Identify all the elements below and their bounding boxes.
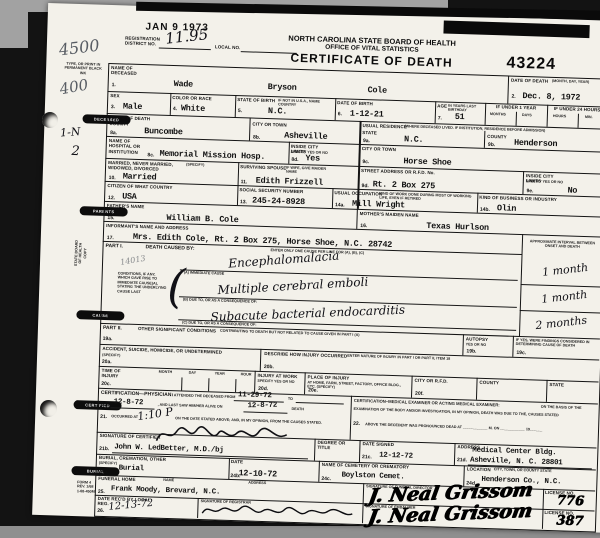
date-signed-label: DATE SIGNED: [362, 441, 394, 447]
funeral-home-sub2: ADDRESS: [248, 481, 266, 486]
sex-num: 3.: [111, 104, 115, 110]
dob-label: DATE OF BIRTH: [337, 100, 373, 107]
injury-place-num: 20e.: [308, 387, 318, 393]
pod-city-value: Asheville: [284, 131, 328, 142]
date-signed-num: 21c.: [362, 454, 372, 460]
certifier-num: 21b.: [99, 446, 109, 452]
pod-county-num: 8a.: [110, 130, 117, 136]
registration-district-label: REGISTRATION DISTRICT NO.: [125, 35, 167, 47]
race-num: 4.: [173, 106, 177, 112]
cert-occurred: OCCURRED AT: [111, 414, 138, 419]
dod-label: DATE OF DEATH: [511, 78, 548, 85]
local-no-label: LOCAL NO.: [215, 44, 241, 50]
res-state-label: STATE: [362, 130, 377, 136]
hole-punch-top: [42, 112, 58, 128]
address-num: 21d.: [457, 457, 467, 463]
side-copy-label: STATE BOARD OF HEALTH COPY: [73, 222, 97, 285]
burial-type-num: 24a.: [98, 469, 108, 475]
occupation-num: 14a.: [335, 202, 345, 208]
birth-state-value: N.C.: [268, 106, 288, 117]
spouse-num: 11.: [241, 179, 248, 185]
dob-value: 1-12-21: [350, 109, 384, 120]
dob-num: 6.: [338, 111, 342, 117]
injury-county-label: COUNTY: [479, 380, 499, 386]
marital-num: 10.: [109, 175, 116, 181]
cert-to-word: TO: [288, 397, 293, 402]
location-label: LOCATION: [467, 466, 491, 472]
redaction-bar: [443, 20, 589, 38]
hole-punch-bottom: [40, 400, 57, 417]
margin-note-2: 2: [71, 144, 80, 159]
penciled-number: 4500: [58, 36, 101, 60]
res-city-label: CITY OR TOWN: [362, 146, 396, 152]
pod-icl-num: 8d.: [291, 157, 298, 163]
mother-value: Texas Hurlson: [426, 221, 489, 233]
death-certificate-document: 4500 TYPE, OR PRINT IN PERMANENT BLACK I…: [32, 3, 600, 533]
burial-date-value: 12-10-72: [238, 468, 277, 479]
autopsy-sub: YES OR NO: [466, 342, 487, 347]
res-county-value: Henderson: [514, 138, 558, 149]
ink-instruction: TYPE, OR PRINT IN PERMANENT BLACK INK: [61, 61, 105, 76]
injury-time-label: TIME OF INJURY: [101, 368, 131, 380]
burial-type-value: Burial: [118, 464, 143, 473]
under24h-col1: HOURS: [553, 114, 566, 119]
cert-attended-from: 11-29-72: [238, 391, 272, 400]
describe-num: 20b.: [264, 364, 274, 370]
street-num: 9d.: [361, 183, 368, 189]
part2-num: 19a.: [103, 336, 113, 342]
name-first: Wade: [174, 79, 194, 90]
part1-conditions-note: CONDITIONS, IF ANY, WHICH GAVE RISE TO I…: [117, 271, 168, 295]
res-county-num: 9b.: [488, 142, 495, 148]
cert-death-word: DEATH: [291, 407, 304, 412]
autopsy-num: 19b.: [466, 348, 476, 354]
mother-num: 16.: [360, 223, 367, 229]
marital-value: Married: [123, 171, 157, 182]
under24h-col2: MIN.: [585, 115, 593, 120]
hospital-label: NAME OF HOSPITAL OR INSTITUTION: [108, 138, 146, 155]
cert-21a-num: 21a.: [100, 402, 110, 408]
funeral-home-sub1: NAME: [163, 478, 174, 483]
scan-gray-corner: [0, 0, 28, 48]
part1-label: PART I.: [105, 243, 123, 250]
injury-col-day: DAY: [189, 371, 197, 376]
birth-state-num: 5.: [238, 108, 242, 114]
cert-me-22: 22.: [353, 421, 360, 427]
marital-sub: (SPECIFY): [186, 162, 204, 167]
manner-num: 20a.: [102, 359, 112, 365]
cert-to-date: 12-8-72: [114, 398, 144, 407]
side-copy-line3: COPY: [82, 222, 88, 284]
under1yr-col2: DAYS: [522, 113, 532, 118]
dod-num: 2.: [511, 94, 515, 100]
spouse-value: Edith Frizzell: [256, 176, 323, 188]
industry-num: 14b.: [480, 207, 490, 213]
injury-city-label: CITY OR R.F.D.: [414, 378, 447, 384]
under1yr-col1: MONTHS: [490, 112, 506, 117]
pod-icl-value: Yes: [305, 153, 320, 163]
hospital-num: 8c.: [147, 152, 154, 158]
age-sub: IN YEARS LAST BIRTHDAY: [448, 104, 482, 114]
cert-last-date: 12-8-72: [248, 402, 278, 411]
part1-bracket: (: [167, 259, 187, 314]
injury-city-num: 20f.: [415, 391, 424, 397]
industry-value: Olin: [497, 203, 517, 214]
pod-county-label: COUNTY: [109, 121, 129, 127]
name-last: Cole: [367, 85, 387, 96]
res-icl-value: No: [567, 185, 577, 195]
birth-state-label: STATE OF BIRTH: [237, 97, 275, 104]
ssn-num: 13.: [240, 199, 247, 205]
age-label: AGE: [437, 103, 447, 109]
father-label: FATHER'S NAME: [107, 203, 145, 210]
injury-state-label: STATE: [549, 382, 564, 388]
license1-value: 776: [557, 493, 585, 509]
age-num: 7.: [438, 115, 442, 121]
ssn-value: 245-24-8928: [252, 196, 305, 208]
cemetery-num: 24c.: [321, 476, 331, 482]
funeral-home-label: FUNERAL HOME: [98, 476, 136, 483]
res-state-num: 9a.: [363, 138, 370, 144]
sex-label: SEX: [110, 93, 119, 99]
citizen-value: USA: [122, 191, 137, 201]
cert-21-num: 21.: [100, 414, 107, 420]
name-label: NAME OF DECEASED: [111, 65, 145, 77]
age-value: 51: [455, 112, 465, 122]
dod-value: Dec. 8, 1972: [522, 91, 580, 103]
spouse-sub: IF WIFE, GIVE MAIDEN NAME: [286, 166, 334, 176]
sex-value: Male: [123, 101, 143, 112]
pod-county-value: Buncombe: [144, 126, 183, 137]
burial-date-label: DATE: [231, 459, 243, 465]
citizen-num: 12.: [108, 195, 115, 201]
penciled-number-2: 400: [58, 76, 89, 99]
occupation-value: Mill Wright: [352, 199, 405, 211]
race-value: White: [181, 103, 205, 114]
res-icl-num: 9e.: [526, 188, 533, 194]
registration-district-value: 11.95: [164, 25, 209, 48]
name-middle: Bryson: [267, 82, 296, 93]
license2-value: 387: [556, 513, 584, 529]
informant-num: 17.: [107, 235, 114, 241]
degree-label: DEGREE OR TITLE: [317, 440, 353, 452]
father-num: 15.: [107, 215, 114, 221]
injury-col-month: MONTH: [159, 370, 173, 375]
burial-type-sub: (SPECIFY): [99, 461, 117, 466]
recd-num: 26.: [97, 508, 104, 514]
pod-city-num: 8b.: [253, 135, 260, 141]
res-city-value: Horse Shoe: [403, 156, 451, 168]
part1-num: 18.: [103, 311, 110, 317]
res-county-label: COUNTY: [487, 134, 507, 140]
res-state-value: N.C.: [404, 134, 424, 145]
injury-col-year: YEAR: [215, 371, 225, 376]
date-signed-value: 12-12-72: [379, 452, 413, 461]
margin-note: 1-N: [60, 125, 81, 139]
res-city-num: 9c.: [362, 159, 369, 165]
injury-col-hour: HOUR: [241, 372, 252, 377]
part2-label: PART II.: [103, 325, 122, 332]
pod-city-label: CITY OR TOWN: [252, 122, 286, 128]
findings-num: 19c.: [516, 350, 526, 356]
registration-district-underline: [159, 48, 211, 51]
name-num: 1.: [112, 82, 116, 88]
injury-time-num: 20c.: [101, 381, 111, 387]
street-value: Rt. 2 Box 275: [372, 179, 435, 191]
certificate-number: 43224: [506, 54, 556, 74]
manner-sub: (SPECIFY): [102, 353, 120, 358]
funeral-home-num: 25.: [98, 489, 105, 495]
